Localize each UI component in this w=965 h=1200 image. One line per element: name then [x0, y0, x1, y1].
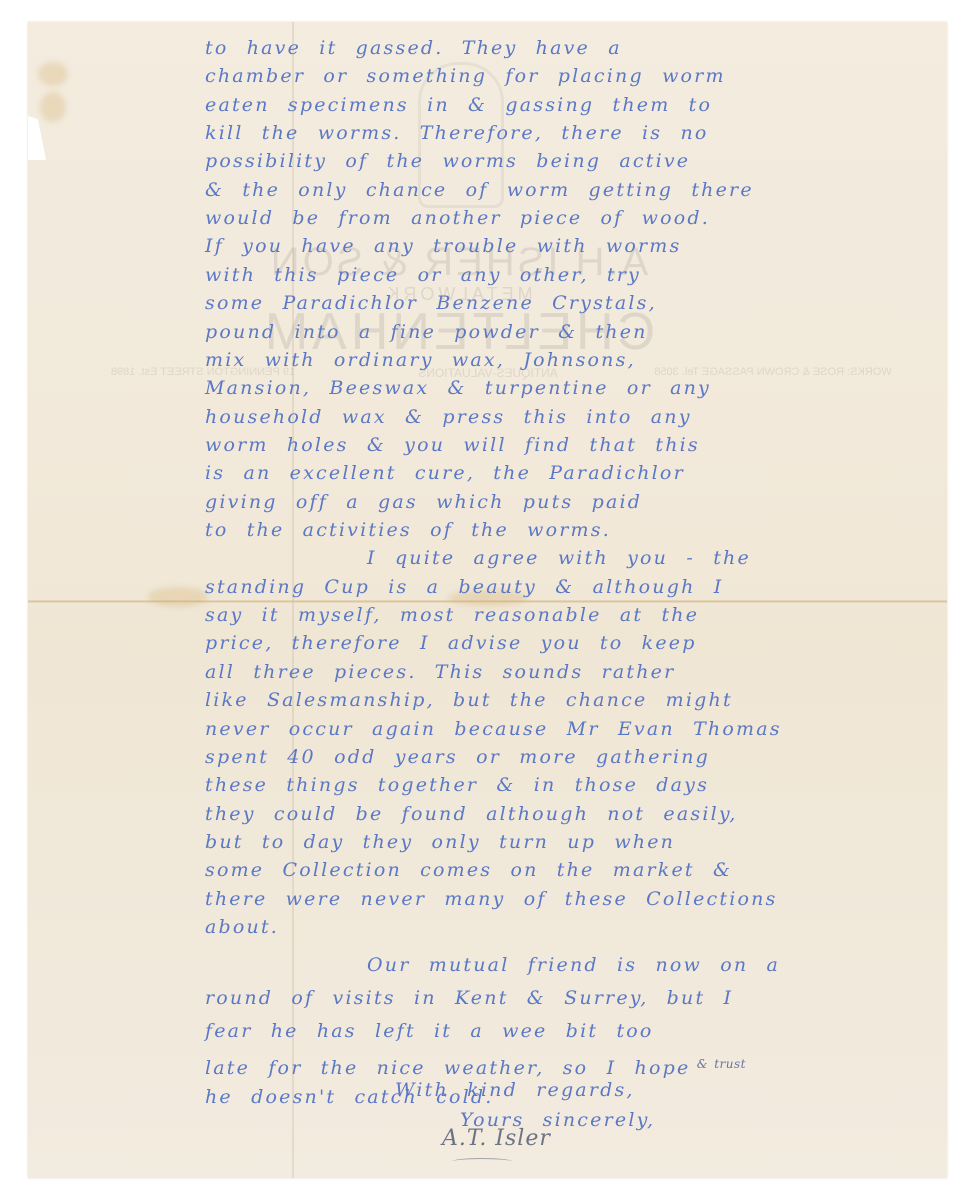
handwritten-insertion: & trust: [690, 1057, 746, 1071]
lines-line: price, therefore I advise you to keep: [205, 631, 697, 655]
lines-line: say it myself, most reasonable at the: [205, 603, 699, 627]
closing_paragraph-line: round of visits in Kent & Surrey, but I: [205, 986, 733, 1010]
signature-flourish: [452, 1158, 512, 1165]
closing_paragraph-line: fear he has left it a wee bit too: [205, 1019, 654, 1043]
lines-line: some Paradichlor Benzene Crystals,: [205, 291, 657, 315]
lines-line: they could be found although not easily,: [205, 802, 738, 826]
lines-line: with this piece or any other, try: [205, 263, 641, 287]
closing_paragraph-line: Our mutual friend is now on a: [367, 953, 780, 977]
lines-line: never occur again because Mr Evan Thomas: [205, 717, 782, 741]
lines-line: household wax & press this into any: [205, 405, 692, 429]
lines-line: spent 40 odd years or more gathering: [205, 745, 710, 769]
lines-line: but to day they only turn up when: [205, 830, 675, 854]
lines-line: giving off a gas which puts paid: [205, 490, 642, 514]
lines-line: about.: [205, 915, 279, 939]
closing-regards: With kind regards,: [395, 1078, 635, 1102]
signature: A.T. Isler: [442, 1126, 551, 1151]
lines-line: If you have any trouble with worms: [205, 234, 681, 258]
lines-line: like Salesmanship, but the chance might: [205, 688, 733, 712]
lines-line: standing Cup is a beauty & although I: [205, 575, 723, 599]
closing_paragraph-line: late for the nice weather, so I hope & t…: [205, 1052, 746, 1080]
lines-line: possibility of the worms being active: [205, 149, 690, 173]
lines-line: & the only chance of worm getting there: [205, 178, 754, 202]
lines-line: to the activities of the worms.: [205, 518, 611, 542]
lines-line: Mansion, Beeswax & turpentine or any: [205, 376, 711, 400]
lines-line: I quite agree with you - the: [367, 546, 751, 570]
lines-line: eaten specimens in & gassing them to: [205, 93, 712, 117]
lines-line: is an excellent cure, the Paradichlor: [205, 461, 685, 485]
lines-line: worm holes & you will find that this: [205, 433, 700, 457]
lines-line: these things together & in those days: [205, 773, 709, 797]
lines-line: to have it gassed. They have a: [205, 36, 622, 60]
lines-line: mix with ordinary wax, Johnsons,: [205, 348, 636, 372]
lines-line: some Collection comes on the market &: [205, 858, 732, 882]
letter-paper: A.H.ISHER & SON METALWORK CHELTENHAM WOR…: [28, 22, 947, 1178]
lines-line: chamber or something for placing worm: [205, 64, 726, 88]
lines-line: pound into a fine powder & then: [205, 320, 648, 344]
lines-line: there were never many of these Collectio…: [205, 887, 778, 911]
lines-line: all three pieces. This sounds rather: [205, 660, 675, 684]
letter-body: to have it gassed. They have achamber or…: [28, 22, 947, 1178]
lines-line: kill the worms. Therefore, there is no: [205, 121, 709, 145]
lines-line: would be from another piece of wood.: [205, 206, 710, 230]
